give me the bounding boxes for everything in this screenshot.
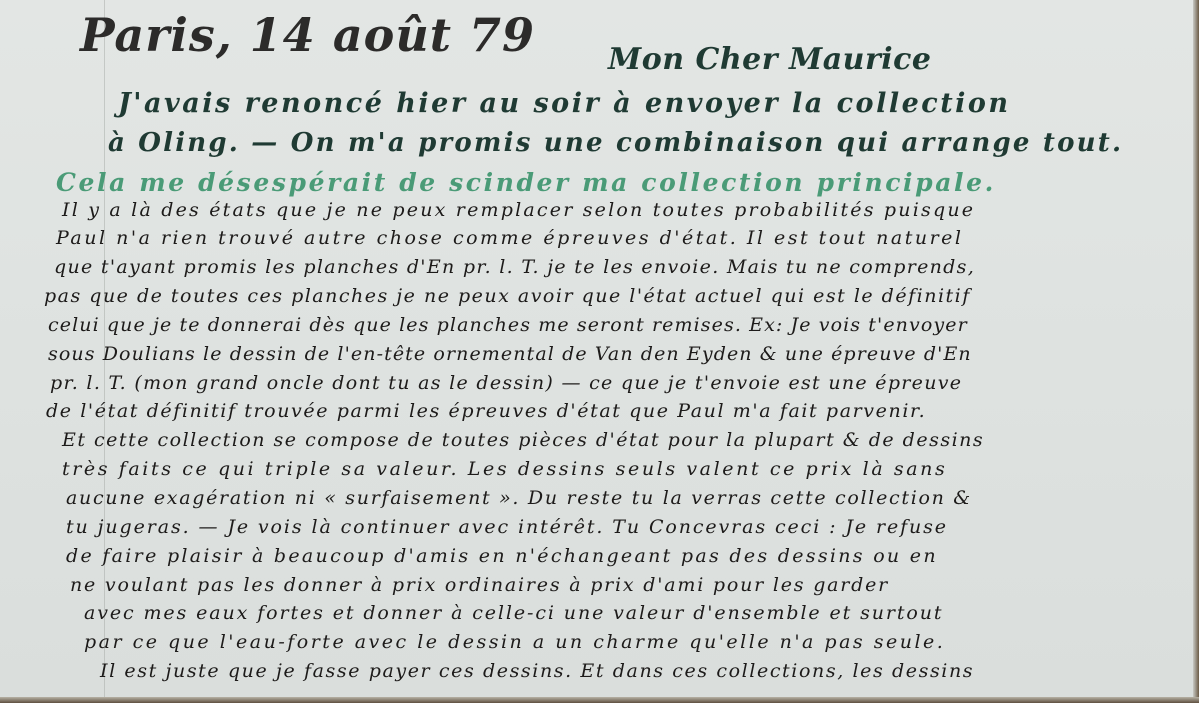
paper-bottom-edge [0, 697, 1199, 703]
body-line-13: de faire plaisir à beaucoup d'amis en n'… [66, 545, 938, 567]
pencil-line-2: à Oling. — On m'a promis une combinaison… [108, 128, 1123, 158]
body-line-8: de l'état définitif trouvée parmi les ép… [46, 400, 926, 422]
body-line-5: celui que je te donnerai dès que les pla… [48, 314, 968, 336]
paper-right-edge [1193, 0, 1199, 703]
body-line-15: avec mes eaux fortes et donner à celle-c… [84, 602, 943, 624]
body-line-4: pas que de toutes ces planches je ne peu… [44, 285, 971, 307]
body-line-7: pr. l. T. (mon grand oncle dont tu as le… [50, 372, 962, 394]
body-line-12: tu jugeras. — Je vois là continuer avec … [66, 516, 948, 538]
place-date: Paris, 14 août 79 [80, 8, 535, 62]
letter-page: Paris, 14 août 79 Mon Cher Maurice J'ava… [0, 0, 1199, 703]
body-line-17: Il est juste que je fasse payer ces dess… [100, 660, 974, 682]
body-line-11: aucune exagération ni « surfaisement ». … [66, 487, 972, 509]
body-line-10: très faits ce qui triple sa valeur. Les … [62, 458, 947, 480]
pencil-line-1: J'avais renoncé hier au soir à envoyer l… [118, 88, 1011, 119]
body-line-1: Il y a là des états que je ne peux rempl… [62, 199, 975, 221]
body-line-2: Paul n'a rien trouvé autre chose comme é… [56, 227, 964, 249]
green-pencil-line: Cela me désespérait de scinder ma collec… [56, 168, 996, 197]
body-line-6: sous Doulians le dessin de l'en-tête orn… [48, 343, 972, 365]
body-line-16: par ce que l'eau-forte avec le dessin a … [84, 631, 945, 653]
body-line-14: ne voulant pas les donner à prix ordinai… [70, 574, 889, 596]
body-line-9: Et cette collection se compose de toutes… [62, 429, 984, 451]
body-line-3: que t'ayant promis les planches d'En pr.… [54, 256, 975, 278]
salutation: Mon Cher Maurice [608, 42, 932, 77]
